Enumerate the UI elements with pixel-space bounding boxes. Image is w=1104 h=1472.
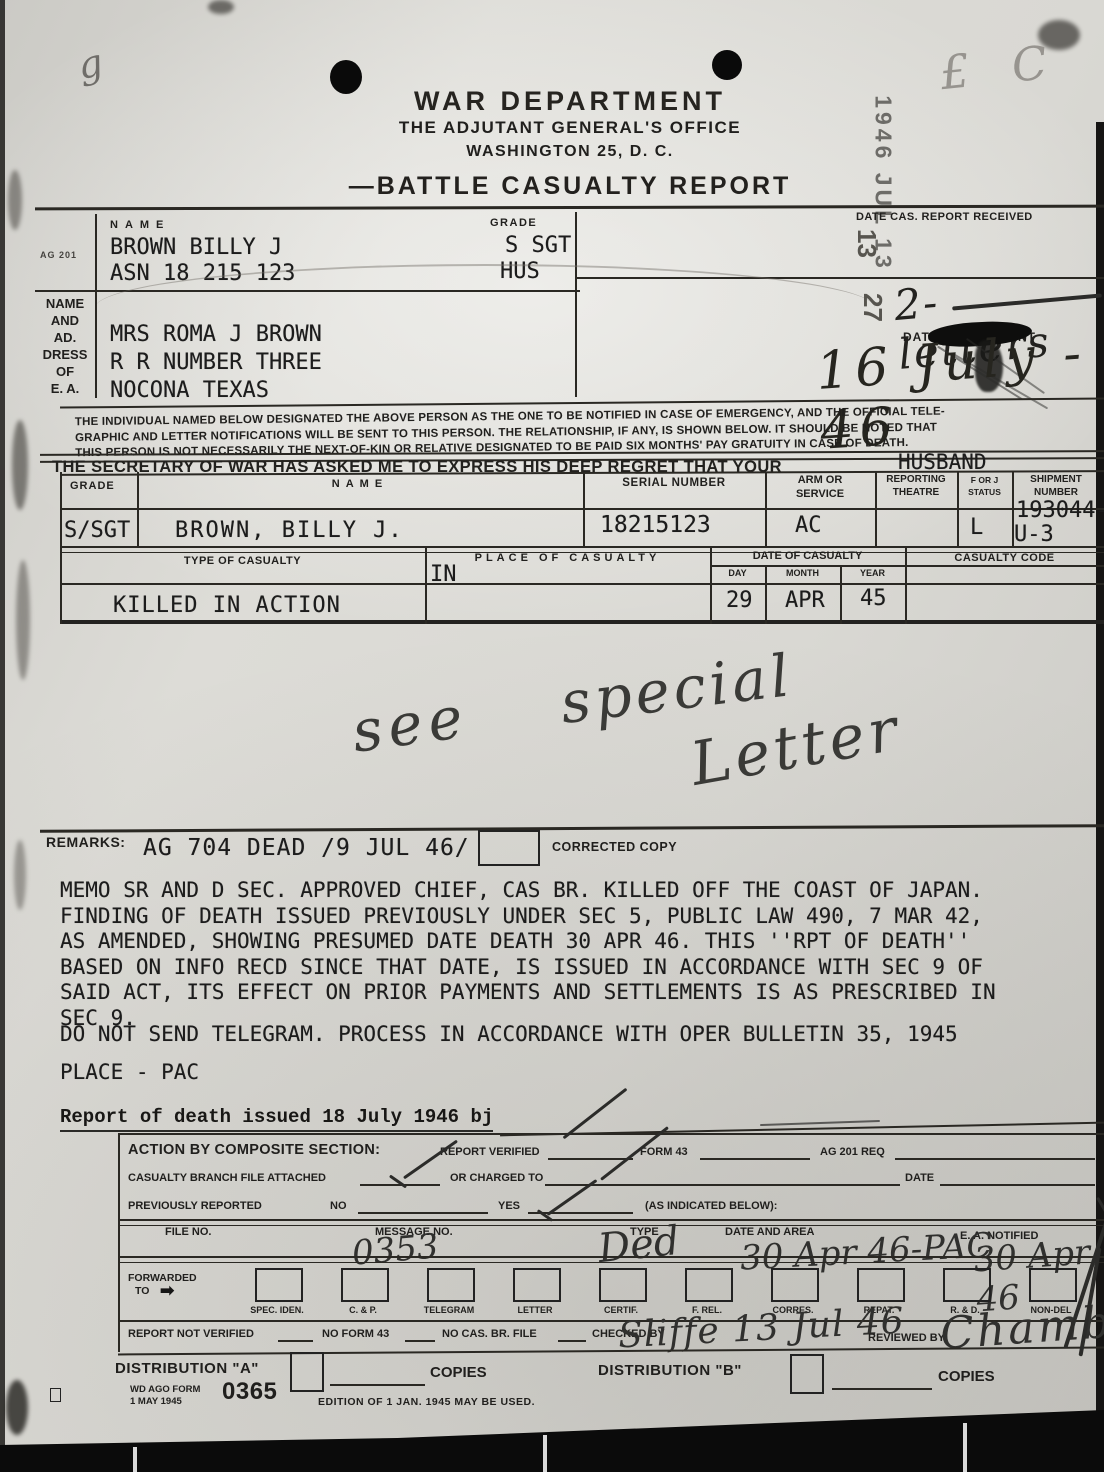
cell-line: [95, 214, 97, 290]
or-charged-label: OR CHARGED TO: [450, 1172, 543, 1184]
received-number: 13: [851, 229, 882, 258]
copies-a-label: COPIES: [430, 1364, 487, 1381]
addr-label: DRESS: [38, 347, 92, 362]
prev-reported-label: PREVIOUSLY REPORTED: [128, 1200, 262, 1212]
punch-hole: [712, 50, 742, 80]
forward-option-label: LETTER: [495, 1305, 575, 1315]
no-form43-label: NO FORM 43: [322, 1328, 389, 1340]
col-name-label: NAME: [137, 478, 583, 490]
blank-line[interactable]: [545, 1184, 900, 1186]
corrected-copy-checkbox[interactable]: [478, 830, 540, 866]
forward-option-label: SPEC. IDEN.: [237, 1305, 317, 1315]
forward-option-label: C. & P.: [323, 1305, 403, 1315]
rule: [118, 1133, 1104, 1135]
grade-cell-typed: S/SGT: [64, 518, 130, 543]
forward-checkbox[interactable]: [685, 1268, 733, 1302]
col-arm-label2: SERVICE: [765, 488, 875, 500]
ea-name-typed: MRS ROMA J BROWN: [110, 322, 322, 347]
col-datecas-label: DATE OF CASUALTY: [710, 550, 905, 562]
memo-line: MEMO SR AND D SEC. APPROVED CHIEF, CAS B…: [60, 878, 1070, 904]
rule: [35, 205, 1104, 211]
shipment-cell-typed2: U-3: [1014, 522, 1054, 547]
date-label: DATE: [905, 1172, 934, 1184]
office-city: WASHINGTON 25, D. C.: [0, 143, 1104, 161]
blank-line[interactable]: [358, 1212, 488, 1214]
forward-checkbox[interactable]: [857, 1268, 905, 1302]
report-verified-label: REPORT VERIFIED: [440, 1146, 540, 1158]
rule: [60, 583, 1104, 585]
remarks-value-typed: AG 704 DEAD /9 JUL 46/: [143, 835, 470, 861]
addr-label: OF: [38, 364, 92, 379]
place-cell-typed: IN: [430, 562, 457, 587]
blank-line[interactable]: [895, 1158, 1095, 1160]
blank-line[interactable]: [548, 1158, 633, 1160]
form43-label: FORM 43: [640, 1146, 688, 1158]
rule: [710, 565, 1104, 567]
col-year-label: YEAR: [840, 568, 905, 578]
col-arm-label: ARM OR: [765, 474, 875, 486]
blank-line[interactable]: [832, 1388, 932, 1390]
ea-addr1-typed: R R NUMBER THREE: [110, 350, 322, 375]
second-number: 27: [857, 293, 888, 322]
forward-checkbox[interactable]: [427, 1268, 475, 1302]
yes-label: YES: [498, 1200, 520, 1212]
col-day-label: DAY: [710, 568, 765, 578]
memo-line: SAID ACT, ITS EFFECT ON PRIOR PAYMENTS A…: [60, 980, 1070, 1006]
edge-smudge: [12, 420, 28, 510]
distribution-b-label: DISTRIBUTION "B": [598, 1362, 742, 1379]
col-forj-label: F OR J: [957, 475, 1012, 485]
col-month-label: MONTH: [765, 568, 840, 578]
distribution-b-checkbox[interactable]: [790, 1354, 824, 1394]
corrected-copy-label: CORRECTED COPY: [552, 840, 677, 854]
cursive-note: see: [348, 682, 473, 766]
date-cas-received-label: DATE CAS. REPORT RECEIVED: [856, 211, 1033, 223]
forward-checkbox[interactable]: [513, 1268, 561, 1302]
col-forj-label2: STATUS: [957, 487, 1012, 497]
forward-checkbox[interactable]: [1029, 1268, 1077, 1302]
form-number-value: 0365: [222, 1378, 277, 1406]
casualty-name-typed: BROWN BILLY J: [110, 235, 282, 260]
left-scan-edge: [0, 0, 5, 1445]
blank-line[interactable]: [330, 1384, 425, 1386]
addr-label: E. A.: [38, 381, 92, 396]
col-serial-label: SERIAL NUMBER: [583, 477, 765, 489]
col-code-label: CASUALTY CODE: [905, 552, 1104, 564]
addr-label: NAME: [38, 296, 92, 311]
forward-checkbox[interactable]: [341, 1268, 389, 1302]
ag-201-label: AG 201: [40, 250, 77, 260]
remarks-label: REMARKS:: [46, 834, 125, 850]
form-number-label: WD AGO FORM: [130, 1384, 200, 1395]
memo-line: BASED ON INFO RECD SINCE THAT DATE, IS I…: [60, 955, 1070, 981]
name-cell-typed: BROWN, BILLY J.: [175, 518, 404, 543]
ea-addr2-typed: NOCONA TEXAS: [110, 378, 269, 403]
year-cell-typed: 45: [860, 586, 887, 611]
top-smudge: [208, 0, 234, 14]
rule-thick: [60, 620, 1104, 624]
rule: [60, 508, 1104, 510]
department-name: WAR DEPARTMENT: [0, 86, 1104, 117]
no-cas-file-label: NO CAS. BR. FILE: [442, 1328, 537, 1340]
as-indicated-label: (AS INDICATED BELOW):: [645, 1200, 777, 1212]
edge-smudge: [16, 560, 30, 680]
shipment-cell-typed: 193044-: [1016, 498, 1104, 523]
pen-stroke: [760, 1120, 880, 1126]
forwarded-label2: TO: [135, 1285, 149, 1297]
blank-line[interactable]: [940, 1184, 1095, 1186]
arm-cell-typed: AC: [795, 513, 822, 538]
edge-smudge: [14, 840, 26, 910]
type-cell-typed: KILLED IN ACTION: [113, 593, 341, 618]
rule-double: [118, 1256, 1104, 1263]
ag201-req-label: AG 201 REQ: [820, 1146, 885, 1158]
name-column-label: NAME: [110, 219, 170, 231]
forward-checkbox[interactable]: [771, 1268, 819, 1302]
margin-square-mark: [50, 1388, 61, 1402]
col-shipment-label: SHIPMENT: [1012, 474, 1100, 485]
paper-sheet: g £ C 1946 JUL 13 WAR DEPARTMENT THE ADJ…: [0, 0, 1104, 1445]
serial-cell-typed: 18215123: [600, 512, 711, 538]
form-date-label: 1 MAY 1945: [130, 1396, 182, 1407]
blank-line[interactable]: [405, 1340, 435, 1342]
report-issued-line: Report of death issued 18 July 1946 bj: [60, 1106, 493, 1132]
file-no-label: FILE NO.: [165, 1226, 211, 1238]
blank-line[interactable]: [558, 1340, 586, 1342]
composite-title: ACTION BY COMPOSITE SECTION:: [128, 1142, 380, 1158]
not-verified-label: REPORT NOT VERIFIED: [128, 1328, 254, 1340]
grade-column-label: GRADE: [490, 217, 537, 229]
rule: [40, 824, 1104, 833]
copies-b-label: COPIES: [938, 1368, 995, 1385]
forj-cell-typed: L: [970, 515, 983, 540]
forward-checkbox[interactable]: [255, 1268, 303, 1302]
office-name: THE ADJUTANT GENERAL'S OFFICE: [0, 118, 1104, 138]
pencil-mark: g: [74, 40, 107, 88]
edge-smudge: [6, 1380, 28, 1435]
blank-line[interactable]: [278, 1340, 313, 1342]
reviewed-by-label: REVIEWED BY: [868, 1332, 945, 1344]
col-shipment-label2: NUMBER: [1012, 487, 1100, 498]
forward-option-label: TELEGRAM: [409, 1305, 489, 1315]
col-place-label: PLACE OF CASUALTY: [425, 552, 710, 564]
form-title: —BATTLE CASUALTY REPORT: [0, 172, 1104, 201]
day-cell-typed: 29: [726, 588, 753, 613]
col-type-label: TYPE OF CASUALTY: [60, 555, 425, 567]
blank-line[interactable]: [700, 1158, 810, 1160]
scanner-post: [963, 1423, 967, 1472]
scanner-post: [133, 1447, 137, 1472]
grade-value-typed: S SGT: [505, 233, 571, 258]
forward-checkbox[interactable]: [943, 1268, 991, 1302]
cell-line: [60, 472, 62, 624]
scanner-post: [543, 1435, 547, 1472]
month-cell-typed: APR: [785, 588, 825, 613]
memo-block: MEMO SR AND D SEC. APPROVED CHIEF, CAS B…: [60, 878, 1070, 1031]
distribution-a-label: DISTRIBUTION "A": [115, 1360, 259, 1377]
scanned-battle-casualty-report: g £ C 1946 JUL 13 WAR DEPARTMENT THE ADJ…: [0, 0, 1104, 1472]
place-line: PLACE - PAC: [60, 1060, 199, 1084]
col-theatre-label: REPORTING: [875, 474, 957, 485]
cell-line: [95, 292, 97, 398]
memo-line: AS AMENDED, SHOWING PRESUMED DATE DEATH …: [60, 929, 1070, 955]
col-grade-label: GRADE: [70, 480, 115, 492]
addr-label: AD.: [38, 330, 92, 345]
forward-checkbox[interactable]: [599, 1268, 647, 1302]
addr-label: AND: [38, 313, 92, 328]
no-label: NO: [330, 1200, 347, 1212]
type-hw: Ded: [596, 1218, 682, 1272]
col-theatre-label2: THEATRE: [875, 487, 957, 498]
memo-line: FINDING OF DEATH ISSUED PREVIOUSLY UNDER…: [60, 904, 1070, 930]
edition-note: EDITION OF 1 JAN. 1945 MAY BE USED.: [318, 1396, 535, 1408]
forwarded-arrow-icon: ➡: [160, 1281, 174, 1301]
branch-file-label: CASUALTY BRANCH FILE ATTACHED: [128, 1172, 326, 1184]
message-no-hw: 0353: [350, 1226, 440, 1273]
telegram-line: DO NOT SEND TELEGRAM. PROCESS IN ACCORDA…: [60, 1022, 958, 1046]
distribution-a-checkbox[interactable]: [290, 1352, 324, 1392]
